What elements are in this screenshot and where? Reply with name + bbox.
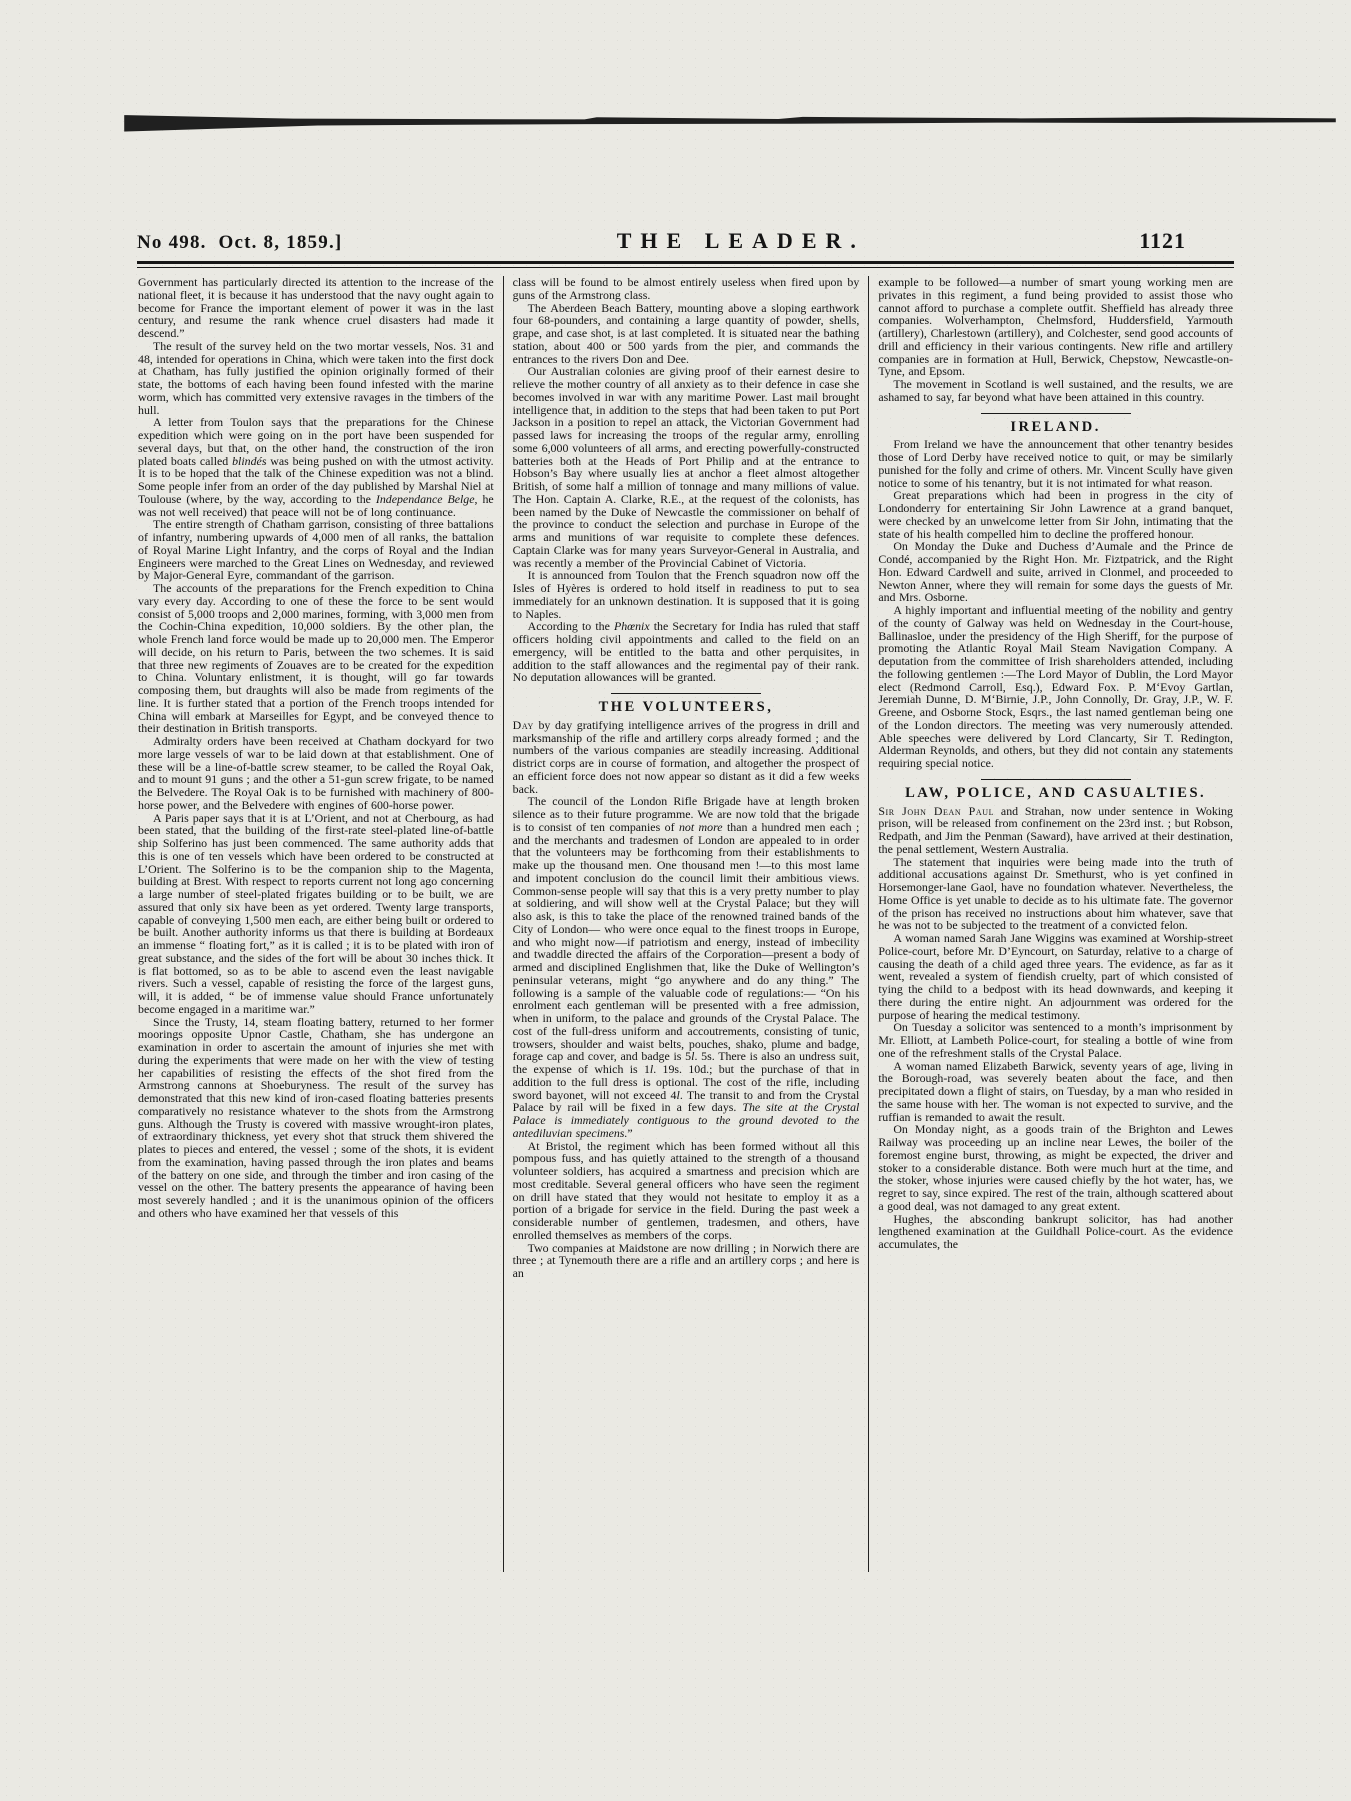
paragraph: A highly important and influential meeti…: [878, 604, 1233, 770]
paragraph: A letter from Toulon says that the prepa…: [138, 416, 494, 518]
page-title: THE LEADER.: [342, 228, 1139, 254]
paragraph: From Ireland we have the announcement th…: [878, 438, 1233, 489]
paragraph: According to the Phœnix the Secretary fo…: [513, 620, 860, 684]
paragraph: On Monday the Duke and Duchess d’Aumale …: [878, 540, 1233, 604]
paragraph: Since the Trusty, 14, steam floating bat…: [138, 1016, 494, 1220]
section-divider: [611, 693, 761, 694]
paragraph: A woman named Elizabeth Barwick, seventy…: [878, 1060, 1233, 1124]
scan-artifact: [124, 114, 1336, 132]
paragraph: At Bristol, the regiment which has been …: [513, 1140, 860, 1242]
paragraph: The council of the London Rifle Brigade …: [513, 795, 860, 1139]
paragraph: Great preparations which had been in pro…: [878, 489, 1233, 540]
smallcaps-lead: Day: [513, 718, 534, 732]
paragraph: Hughes, the absconding bankrupt solicito…: [878, 1213, 1233, 1251]
paragraph: The Aberdeen Beach Battery, mounting abo…: [513, 302, 860, 366]
paragraph: Admiralty orders have been received at C…: [138, 735, 494, 812]
masthead: No 498. Oct. 8, 1859.] THE LEADER. 1121: [137, 228, 1234, 254]
section-divider: [981, 413, 1131, 414]
page-number: 1121: [1139, 228, 1234, 254]
paragraph: class will be found to be almost entirel…: [513, 276, 860, 302]
section-heading: LAW, POLICE, AND CASUALTIES.: [878, 787, 1233, 800]
paragraph: On Tuesday a solicitor was sentenced to …: [878, 1021, 1233, 1059]
paragraph: example to be followed—a number of smart…: [878, 276, 1233, 378]
column-3: example to be followed—a number of smart…: [868, 276, 1234, 1572]
paragraph: The statement that inquiries were being …: [878, 856, 1233, 933]
paragraph: Our Australian colonies are giving proof…: [513, 365, 860, 569]
paragraph: The entire strength of Chatham garrison,…: [138, 518, 494, 582]
section-heading: THE VOLUNTEERS,: [513, 701, 860, 714]
paragraph: A woman named Sarah Jane Wiggins was exa…: [878, 932, 1233, 1021]
paragraph: Two companies at Maidstone are now drill…: [513, 1242, 860, 1280]
section-divider: [981, 779, 1131, 780]
paragraph: Day by day gratifying intelligence arriv…: [513, 719, 860, 796]
column-2: class will be found to be almost entirel…: [503, 276, 869, 1572]
masthead-rule: [137, 261, 1234, 268]
paragraph: A Paris paper says that it is at L’Orien…: [138, 812, 494, 1016]
paragraph: The accounts of the preparations for the…: [138, 582, 494, 735]
paragraph: Government has particularly directed its…: [138, 276, 494, 340]
section-heading: IRELAND.: [878, 421, 1233, 434]
paragraph: On Monday night, as a goods train of the…: [878, 1123, 1233, 1212]
paragraph: It is announced from Toulon that the Fre…: [513, 569, 860, 620]
paragraph: Sir John Dean Paul and Strahan, now unde…: [878, 805, 1233, 856]
paragraph: The result of the survey held on the two…: [138, 340, 494, 417]
newspaper-page: No 498. Oct. 8, 1859.] THE LEADER. 1121 …: [0, 0, 1351, 1801]
article-columns: Government has particularly directed its…: [137, 276, 1234, 1572]
paragraph: The movement in Scotland is well sustain…: [878, 378, 1233, 404]
column-1: Government has particularly directed its…: [137, 276, 503, 1572]
issue-date: No 498. Oct. 8, 1859.]: [137, 232, 342, 254]
smallcaps-lead: Sir John Dean Paul: [878, 804, 994, 818]
